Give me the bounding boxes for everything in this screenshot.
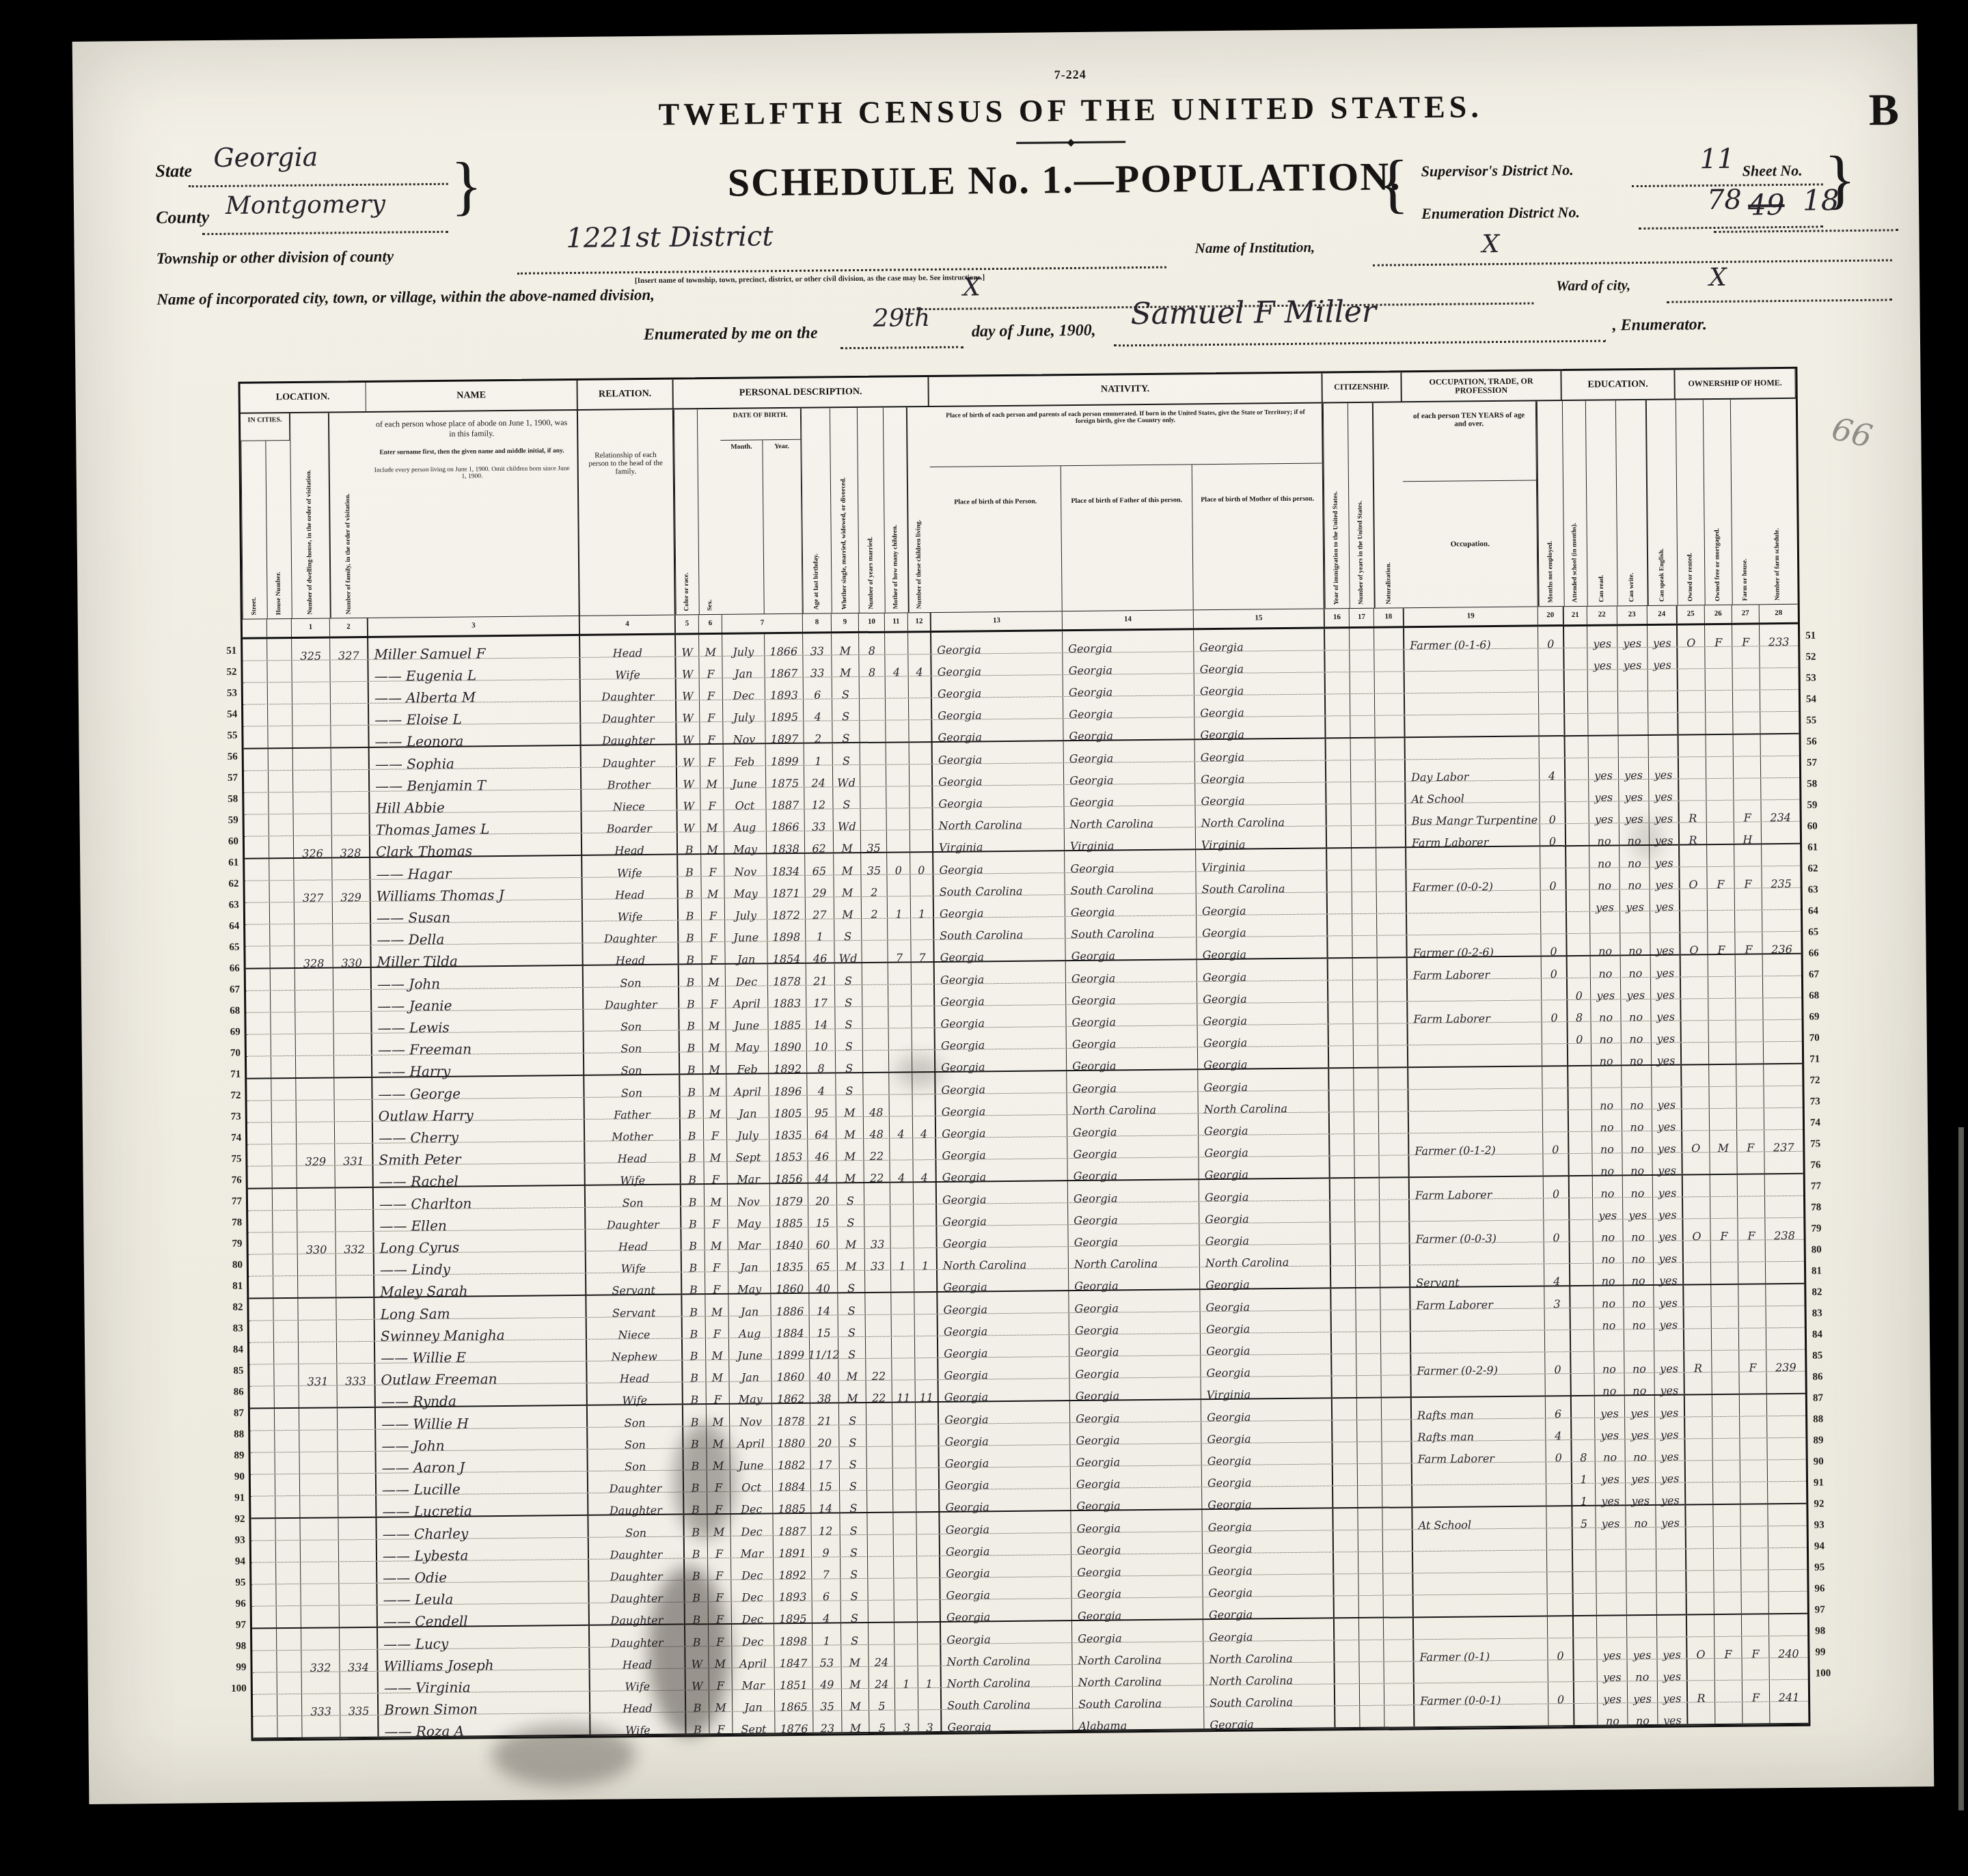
cell-wr: [1622, 1066, 1652, 1087]
cell-mar: M: [836, 1095, 864, 1116]
cell-fh: [1736, 1086, 1764, 1107]
cell-age: 21: [806, 963, 835, 984]
column-number: 2: [330, 618, 368, 637]
row-number: 74: [219, 1128, 245, 1149]
cell-mb: [886, 743, 910, 764]
cell-fh: [1740, 1416, 1767, 1437]
cell-rel: Servant: [586, 1273, 682, 1295]
cell-en: [1657, 1615, 1687, 1636]
row-number: 93: [223, 1530, 249, 1551]
cell-st: [250, 1431, 275, 1452]
cell-fh: [1740, 1482, 1768, 1503]
cell-mar: S: [841, 1623, 869, 1644]
cell-mb: 1: [888, 896, 911, 918]
cell-yu: [1351, 739, 1376, 760]
row-number: 53: [215, 683, 241, 704]
cell-col: B: [683, 1338, 706, 1360]
cell-own: [1686, 1549, 1714, 1570]
cell-pm: South Carolina: [1204, 1684, 1335, 1707]
cell-pf: Georgia: [1069, 1312, 1201, 1334]
cell-sch: [1565, 670, 1588, 691]
cell-en: [1652, 1065, 1682, 1086]
cell-mu: [1542, 1044, 1568, 1065]
cell-pf: Georgia: [1067, 1157, 1199, 1180]
cell-st: [249, 1364, 274, 1385]
column-number: 10: [859, 613, 885, 631]
cell-en: yes: [1652, 1153, 1682, 1174]
cell-fs: [1764, 1152, 1803, 1174]
row-number: 64: [1803, 900, 1829, 922]
cell-mo: April: [726, 1074, 769, 1096]
col-immigration-label: Year of immigration to the United States…: [1323, 403, 1350, 608]
cell-yu: [1358, 1574, 1383, 1595]
cell-yr: 1876: [775, 1711, 813, 1733]
cell-rd: no: [1589, 868, 1619, 889]
cell-fm: [1709, 1021, 1736, 1042]
cell-fm: [1706, 735, 1734, 756]
cell-en: yes: [1654, 1372, 1684, 1394]
cell-rel: Daughter: [586, 1207, 681, 1229]
title-divider: [1016, 141, 1125, 144]
cell-dw: [296, 1078, 334, 1100]
cell-col: W: [677, 788, 700, 810]
cell-mb: [887, 808, 910, 829]
cell-mu: 0: [1538, 626, 1564, 648]
cell-fam: [331, 770, 370, 792]
cell-yu: [1353, 1002, 1378, 1023]
cell-hn: [270, 946, 295, 967]
cell-st: [245, 881, 269, 902]
cell-ym: [861, 809, 887, 830]
column-number: 28: [1760, 605, 1798, 623]
cell-occ: At School: [1412, 1506, 1546, 1529]
cell-own: [1682, 1087, 1709, 1108]
cell-sch: [1569, 1154, 1592, 1175]
cell-dw: 329: [297, 1144, 335, 1165]
cell-ym: [860, 699, 886, 720]
cell-mar: S: [836, 1029, 863, 1050]
cell-pf: Georgia: [1066, 982, 1197, 1004]
cell-fs: [1770, 1658, 1808, 1680]
cell-pf: South Carolina: [1065, 872, 1196, 894]
cell-mo: June: [725, 920, 767, 941]
cell-st: [248, 1211, 273, 1232]
cell-fm: [1712, 1417, 1740, 1438]
cell-fm: [1712, 1372, 1739, 1394]
cell-yu: [1350, 629, 1374, 650]
cell-fs: [1763, 998, 1801, 1020]
cell-pm: Georgia: [1197, 936, 1328, 958]
column-number: 18: [1374, 608, 1404, 626]
institution-value: X: [1481, 230, 1499, 258]
cell-rd: yes: [1587, 626, 1617, 647]
cell-yi: [1329, 1024, 1354, 1045]
cell-age: 11/12: [810, 1337, 838, 1358]
cell-pm: Georgia: [1201, 1442, 1332, 1465]
cell-rel: Head: [583, 943, 679, 965]
row-number: 95: [1809, 1557, 1835, 1578]
cell-pm: Georgia: [1194, 672, 1326, 695]
cell-age: 23: [813, 1711, 842, 1732]
cell-sch: 0: [1568, 1022, 1591, 1043]
cell-fam: [331, 726, 369, 747]
cell-wr: no: [1624, 1263, 1654, 1284]
cell-sex: F: [704, 1118, 727, 1140]
cell-mar: S: [835, 985, 862, 1006]
cell-fh: [1735, 910, 1762, 931]
row-number: 64: [217, 916, 243, 937]
cell-dw: [299, 1320, 337, 1342]
cell-yi: [1325, 650, 1350, 672]
cell-nat: [1377, 935, 1407, 956]
cell-mo: Jan: [728, 1250, 771, 1271]
cell-wr: no: [1624, 1241, 1654, 1263]
cell-rel: Wife: [588, 1383, 683, 1405]
row-number: 91: [223, 1488, 249, 1509]
cell-en: yes: [1651, 977, 1681, 998]
cell-mb: [890, 1138, 913, 1159]
ward-line: [1667, 299, 1892, 303]
cell-yu: [1354, 1090, 1379, 1112]
cell-en: yes: [1649, 757, 1679, 778]
cell-fh: [1738, 1284, 1766, 1306]
cell-st: [253, 1716, 277, 1737]
cell-ml: [912, 1028, 935, 1049]
cell-own: [1682, 1153, 1710, 1174]
cell-mar: S: [837, 1183, 864, 1204]
row-number: 91: [1808, 1472, 1834, 1493]
column-number: 5: [676, 615, 699, 633]
cell-ym: 35: [861, 853, 887, 874]
name-desc-3: Include every person living on June 1, 1…: [374, 465, 571, 481]
cell-fh: [1736, 1020, 1764, 1041]
cell-age: 14: [811, 1491, 840, 1512]
cell-age: 4: [807, 1073, 836, 1094]
row-number: 92: [1808, 1493, 1834, 1515]
cell-mu: [1546, 1374, 1572, 1395]
cell-wr: yes: [1619, 780, 1649, 801]
cell-nat: [1384, 1618, 1414, 1639]
cell-mo: Dec: [732, 1601, 774, 1623]
cell-pb: Georgia: [939, 1445, 1070, 1467]
row-number: 82: [221, 1297, 247, 1319]
cell-col: B: [679, 1008, 702, 1030]
cell-nat: [1383, 1530, 1413, 1551]
cell-st: [245, 924, 270, 946]
row-number: 73: [219, 1107, 245, 1128]
cell-mu: [1542, 1088, 1568, 1109]
cell-mar: S: [840, 1557, 868, 1578]
cell-sch: [1570, 1198, 1593, 1219]
cell-own: R: [1679, 801, 1706, 822]
cell-occ: [1405, 692, 1539, 715]
cell-mo: Nov: [724, 854, 767, 876]
row-number: 78: [1805, 1197, 1831, 1218]
cell-ml: [916, 1403, 939, 1424]
cell-mo: Jan: [728, 1294, 771, 1316]
cell-fs: [1768, 1570, 1807, 1592]
cell-fh: [1741, 1570, 1768, 1591]
cell-pm: Georgia: [1194, 629, 1325, 651]
cell-mo: June: [726, 1008, 768, 1030]
cell-fh: [1736, 1042, 1764, 1063]
cell-mar: S: [834, 919, 862, 940]
cell-yr: 1872: [767, 898, 806, 920]
cell-age: 33: [805, 809, 834, 830]
cell-fam: [331, 682, 369, 704]
row-number: 65: [1803, 922, 1829, 943]
cell-ym: 24: [869, 1667, 895, 1688]
cell-mar: S: [835, 1007, 862, 1028]
cell-en: yes: [1649, 779, 1679, 800]
col-months-unemployed-label: Months not employed.: [1536, 401, 1564, 606]
cell-wr: no: [1622, 1131, 1652, 1153]
cell-sch: [1568, 1044, 1591, 1065]
cell-en: [1657, 1592, 1687, 1614]
cell-occ: Farmer (0-2-9): [1411, 1352, 1545, 1375]
cell-rd: yes: [1596, 1461, 1626, 1482]
cell-yr: 1866: [767, 810, 805, 831]
cell-yu: [1352, 936, 1377, 957]
cell-rd: no: [1592, 1109, 1622, 1131]
cell-fs: [1766, 1372, 1805, 1394]
row-number: 56: [1801, 731, 1827, 752]
cell-rel: Daughter: [588, 1493, 684, 1515]
cell-mb: [886, 786, 910, 808]
cell-yi: [1334, 1530, 1358, 1551]
cell-own: [1685, 1439, 1712, 1460]
cell-hn: [268, 726, 292, 747]
cell-fm: F: [1710, 1219, 1738, 1240]
cell-ym: 2: [861, 875, 887, 896]
group-relation-title: RELATION.: [577, 380, 673, 411]
sheet-line: [1714, 229, 1898, 233]
cell-pb: Georgia: [937, 1203, 1068, 1226]
column-number: 1: [292, 618, 330, 637]
cell-hn: [271, 1034, 296, 1056]
cell-st: [245, 814, 269, 836]
cell-yu: [1360, 1662, 1384, 1683]
cell-fam: [338, 1385, 376, 1407]
cell-sch: [1574, 1616, 1597, 1638]
cell-fam: [339, 1562, 377, 1584]
cell-rd: no: [1594, 1286, 1624, 1307]
cell-yr: 1878: [772, 1404, 810, 1426]
cell-mar: S: [841, 1601, 869, 1622]
cell-fm: [1714, 1571, 1741, 1592]
cell-fam: [331, 748, 370, 770]
row-number: 80: [1806, 1239, 1832, 1260]
cell-col: B: [681, 1162, 704, 1183]
cell-yi: [1334, 1552, 1358, 1573]
row-number: 52: [1800, 646, 1826, 667]
cell-fm: [1711, 1241, 1738, 1262]
row-number: 77: [1805, 1176, 1831, 1197]
cell-fm: [1709, 1087, 1736, 1108]
cell-col: W: [676, 678, 700, 700]
cell-mb: [888, 918, 911, 939]
cell-pf: Georgia: [1067, 1025, 1198, 1048]
cell-mo: July: [723, 700, 765, 721]
cell-col: W: [677, 767, 700, 788]
cell-st: [244, 771, 269, 792]
cell-fam: 334: [340, 1650, 378, 1672]
cell-yu: [1359, 1596, 1384, 1617]
cell-own: O: [1680, 933, 1708, 954]
cell-fm: [1711, 1285, 1738, 1306]
nativity-note: Place of birth of each person and parent…: [929, 403, 1324, 467]
cell-pb: Georgia: [936, 1137, 1067, 1159]
cell-ym: [864, 1183, 890, 1204]
cell-occ: [1414, 1594, 1548, 1616]
cell-mar: S: [838, 1315, 866, 1336]
cell-yr: 1862: [772, 1381, 810, 1403]
ward-label: Ward of city,: [1556, 277, 1630, 294]
cell-rel: Nephew: [587, 1339, 683, 1361]
cell-fh: F: [1742, 1636, 1769, 1657]
group-relation: RELATION. Relationship of each person to…: [577, 380, 675, 616]
cell-sex: M: [703, 1052, 726, 1073]
cell-st: [249, 1276, 273, 1297]
cell-dw: [302, 1715, 340, 1737]
row-number: 63: [1803, 879, 1829, 900]
cell-en: yes: [1658, 1659, 1688, 1680]
cell-fh: [1740, 1504, 1768, 1526]
cell-mb: [890, 1183, 914, 1204]
cell-sch: [1570, 1220, 1593, 1241]
cell-rel: Head: [587, 1361, 683, 1383]
cell-fh: [1740, 1438, 1767, 1459]
cell-occ: [1406, 846, 1540, 869]
cell-st: [244, 749, 269, 770]
cell-fs: [1761, 778, 1799, 800]
row-number: 61: [217, 853, 243, 874]
cell-ym: 24: [869, 1645, 894, 1666]
cell-nat: [1382, 1420, 1412, 1441]
cell-dw: [293, 748, 331, 770]
cell-pf: Georgia: [1065, 850, 1196, 872]
cell-ym: [860, 787, 886, 808]
cell-dw: [297, 1122, 335, 1144]
cell-fam: [337, 1320, 375, 1342]
sheet-value: 18: [1803, 183, 1840, 217]
cell-fam: [334, 1056, 372, 1077]
cell-mar: S: [833, 787, 860, 808]
cell-mb: [892, 1314, 915, 1336]
cell-mb: [895, 1688, 918, 1709]
cell-own: [1680, 911, 1708, 932]
cell-hn: [267, 639, 292, 660]
cell-st: [245, 836, 269, 857]
cell-own: [1686, 1571, 1714, 1592]
cell-mo: Feb: [726, 1051, 769, 1073]
cell-own: [1685, 1417, 1712, 1438]
col-naturalization-label: Naturalization.: [1372, 402, 1404, 607]
cell-fam: [335, 1122, 373, 1144]
cell-occ: Rafts man: [1412, 1396, 1546, 1419]
cell-pb: North Carolina: [933, 807, 1065, 829]
cell-yr: 1838: [767, 831, 805, 853]
cell-fam: [339, 1540, 377, 1562]
cell-age: 1: [804, 743, 833, 764]
cell-nat: [1375, 672, 1405, 693]
cell-dw: [301, 1628, 340, 1650]
cell-pb: Georgia: [933, 851, 1065, 874]
cell-age: 15: [808, 1205, 837, 1226]
cell-fs: [1761, 734, 1799, 756]
cell-ml: 7: [911, 940, 934, 961]
cell-ml: [912, 963, 935, 984]
cell-nat: [1379, 1155, 1409, 1176]
cell-mu: 4: [1544, 1264, 1570, 1285]
cell-sch: [1574, 1704, 1598, 1725]
cell-fam: [338, 1518, 377, 1540]
cell-yi: [1330, 1156, 1354, 1177]
cell-yr: 1885: [773, 1491, 811, 1513]
cell-occ: Farmer (0-1): [1414, 1638, 1548, 1661]
cell-rel: Servant: [586, 1295, 682, 1317]
row-number: 76: [220, 1170, 246, 1191]
cell-pb: South Carolina: [942, 1687, 1073, 1709]
cell-pb: Georgia: [934, 895, 1065, 918]
cell-yi: [1334, 1574, 1358, 1595]
cell-yr: 1883: [768, 986, 806, 1008]
cell-own: [1686, 1505, 1713, 1526]
sheet-letter: B: [1868, 84, 1899, 136]
cell-nat: [1382, 1375, 1412, 1396]
cell-rel: Boarder: [582, 811, 678, 833]
cell-occ: Farmer (0-1-2): [1409, 1132, 1543, 1155]
cell-own: [1684, 1285, 1711, 1306]
city-value: X: [963, 273, 981, 301]
cell-mar: M: [834, 831, 861, 852]
row-number: 63: [217, 895, 243, 916]
cell-col: B: [683, 1316, 706, 1338]
column-number: 19: [1404, 607, 1538, 626]
cell-mu: [1547, 1572, 1573, 1593]
cell-pb: Georgia: [936, 1093, 1067, 1116]
cell-yi: [1328, 936, 1352, 957]
group-personal-title: PERSONAL DESCRIPTION.: [673, 377, 929, 410]
cell-wr: yes: [1628, 1681, 1658, 1702]
cell-fam: [340, 1605, 378, 1627]
cell-yu: [1354, 1134, 1379, 1155]
cell-sch: [1570, 1286, 1594, 1308]
cell-yu: [1358, 1530, 1383, 1551]
cell-hn: [268, 682, 292, 704]
cell-fm: [1710, 1197, 1738, 1218]
row-number: 59: [216, 810, 242, 831]
cell-yu: [1359, 1618, 1384, 1640]
cell-own: [1679, 779, 1706, 800]
cell-wr: yes: [1626, 1483, 1656, 1504]
cell-yi: [1335, 1640, 1359, 1661]
cell-pf: Alabama: [1073, 1707, 1204, 1730]
column-number: 17: [1350, 609, 1374, 626]
cell-fh: [1737, 1152, 1764, 1173]
cell-ym: 2: [862, 897, 888, 918]
cell-dw: [295, 990, 333, 1012]
cell-mb: 1: [891, 1248, 914, 1269]
cell-mu: [1539, 670, 1565, 691]
cell-sch: 5: [1572, 1506, 1596, 1528]
cell-nat: [1376, 760, 1406, 781]
cell-st: [247, 1144, 272, 1165]
cell-occ: [1409, 1154, 1543, 1176]
cell-ym: [862, 919, 888, 940]
cell-yu: [1351, 782, 1376, 803]
cell-en: [1648, 670, 1678, 691]
